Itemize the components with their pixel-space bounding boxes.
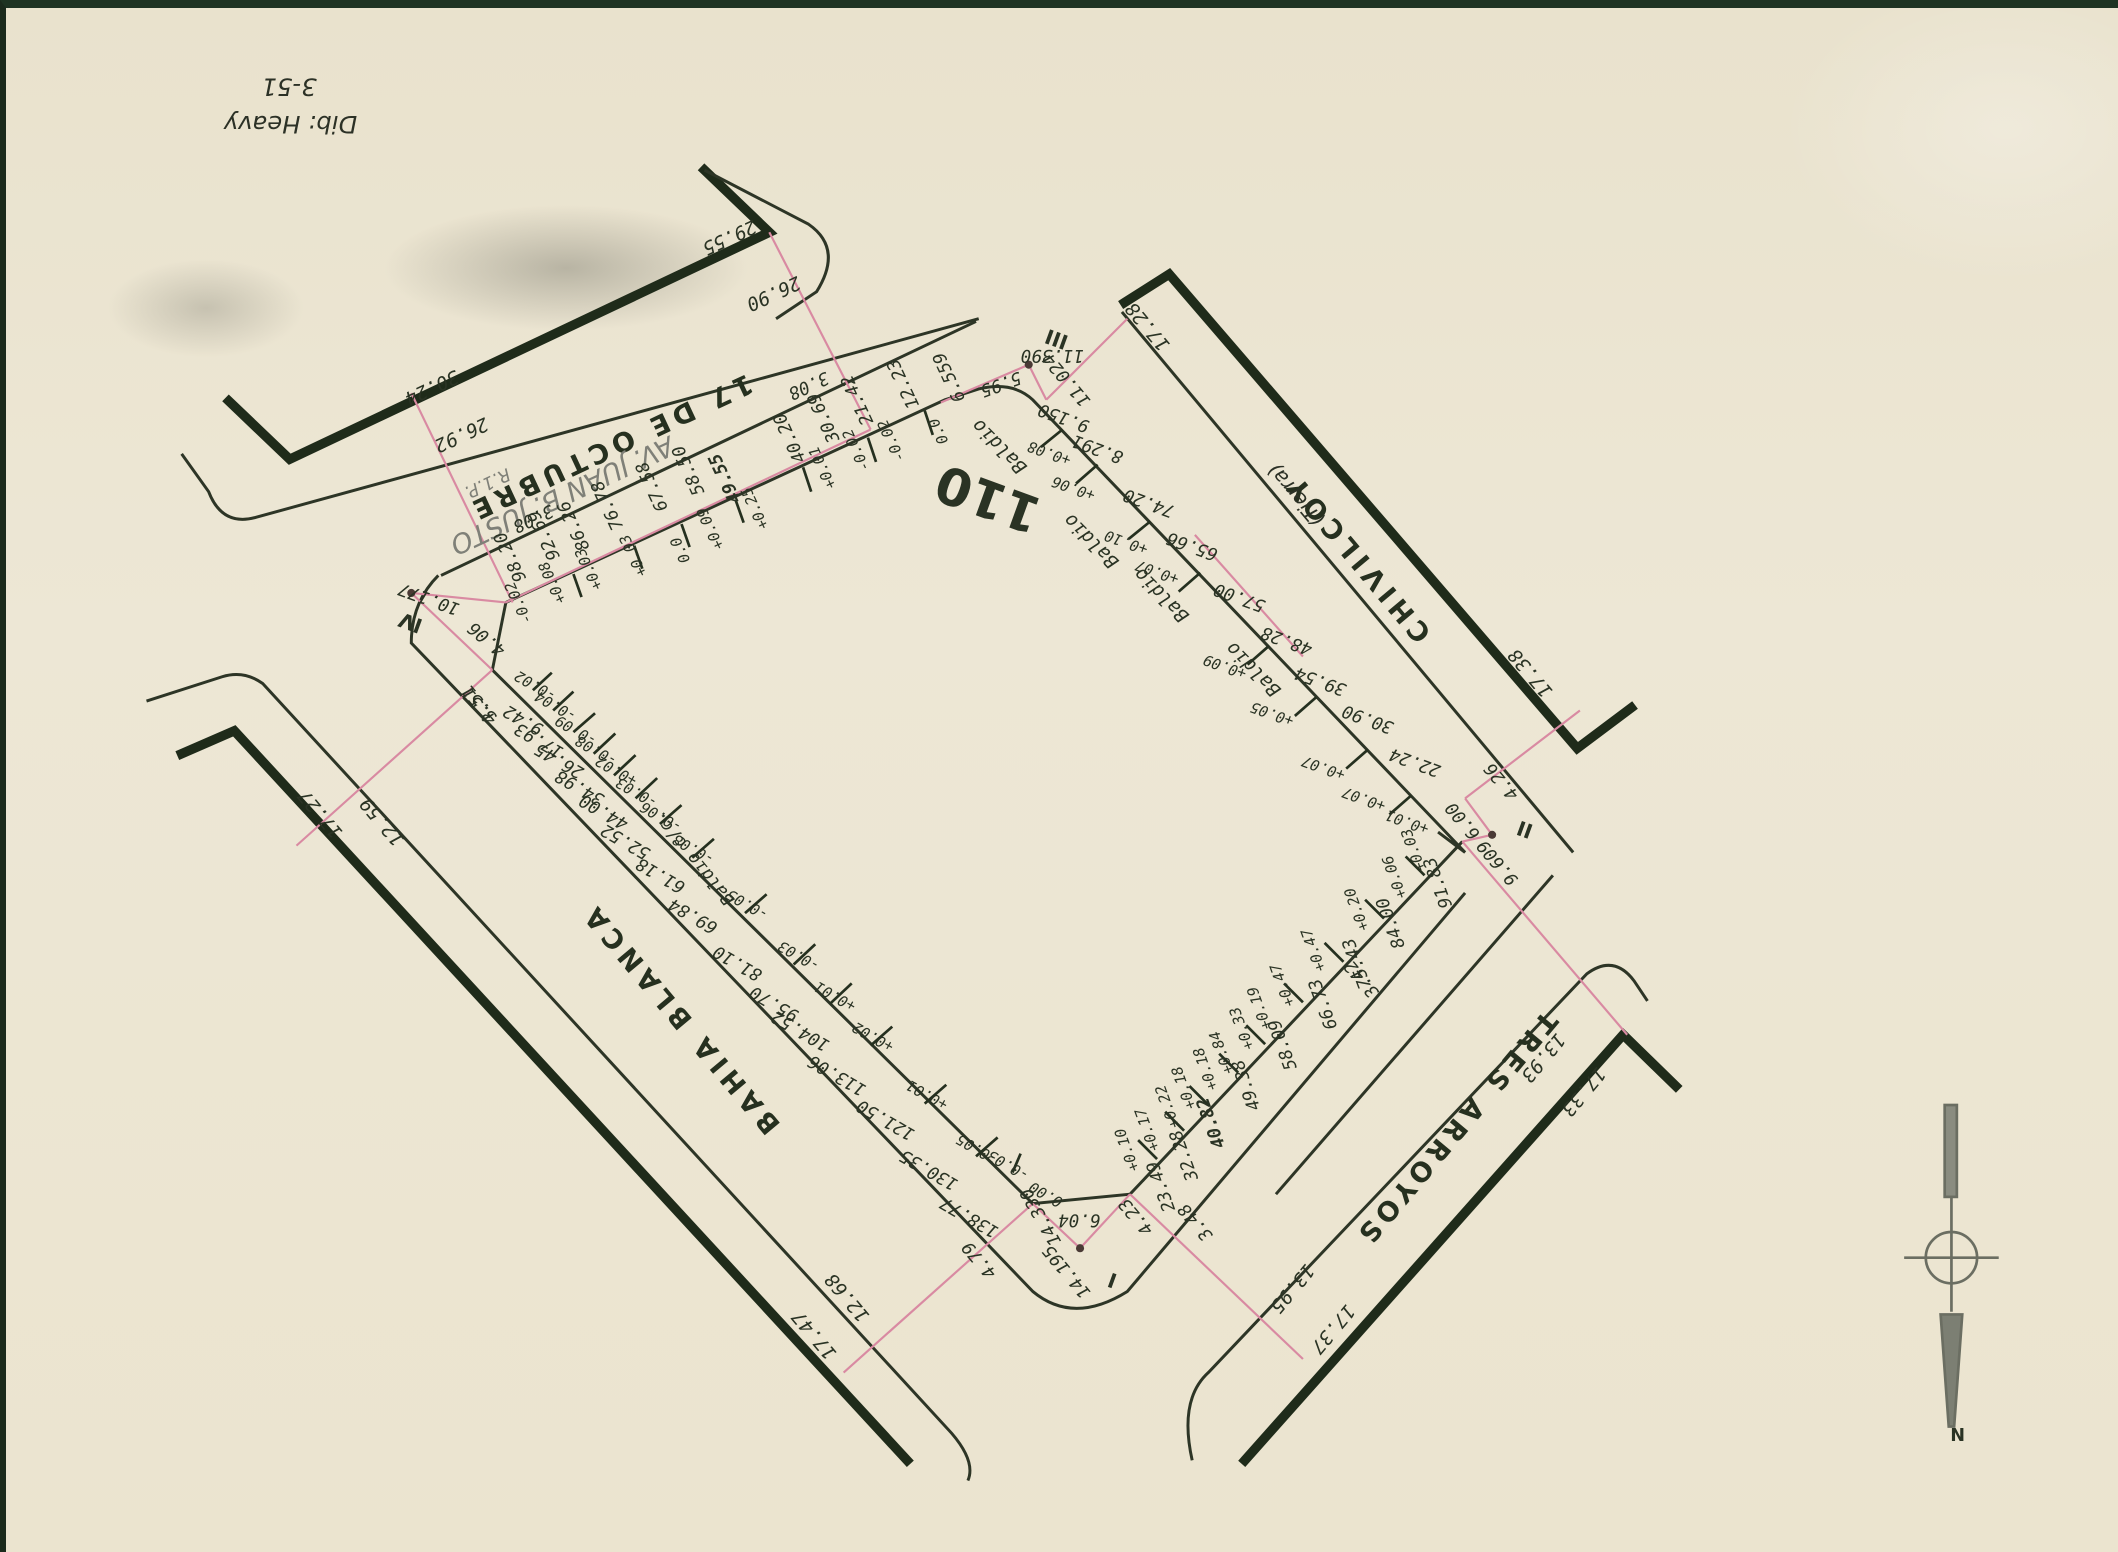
svg-text:113.06: 113.06: [805, 1050, 870, 1099]
width-north-inner-left: 26.92: [431, 413, 492, 457]
width-north-inner-right: 26.90: [743, 271, 804, 315]
width-north-outer-left: 30.24: [401, 365, 463, 409]
north-arrow: N: [1904, 1105, 1999, 1443]
svg-text:30.69: 30.69: [804, 389, 845, 446]
svg-text:81.10: 81.10: [710, 941, 766, 985]
svg-text:76.78: 76.78: [588, 477, 628, 533]
svg-text:+0.02: +0.02: [849, 1018, 897, 1056]
svg-text:+0.05: +0.05: [1248, 698, 1296, 730]
svg-text:0.0: 0.0: [924, 415, 952, 447]
curb-north-east: [1125, 274, 1632, 748]
date: 3-51: [262, 72, 317, 101]
svg-text:69.84: 69.84: [665, 893, 721, 937]
street-west-name: BAHIA BLANCA: [576, 897, 787, 1140]
svg-text:-0.02: -0.02: [838, 426, 873, 474]
svg-text:32.28: 32.28: [1166, 1127, 1203, 1184]
svg-text:+0.07: +0.07: [1340, 783, 1388, 815]
corner-i-label: I: [1105, 1268, 1120, 1293]
survey-map: Dib: Heavy 3-51 17 DE OCTUBRE AV. JUAN B…: [6, 8, 2118, 1552]
svg-text:74.20: 74.20: [1121, 484, 1177, 521]
svg-text:-0.03: -0.03: [775, 937, 823, 975]
svg-text:-0.02: -0.02: [874, 417, 909, 465]
corner-i-b: 6.04: [1058, 1209, 1100, 1229]
svg-text:21.42: 21.42: [838, 372, 878, 428]
svg-text:+0.20: +0.20: [1340, 885, 1372, 933]
svg-text:+0.06: +0.06: [1049, 472, 1097, 504]
east-side-deviations: +0.08 +0.06 +0.10 +0.07 +0.09 +0.05 +0.0…: [1025, 437, 1431, 838]
curb-south-east: [1245, 1035, 1676, 1461]
width-west-outer: 17.27: [293, 785, 347, 843]
svg-text:12.23: 12.23: [884, 355, 924, 411]
svg-text:8.291: 8.291: [1069, 430, 1125, 467]
corner-iv-label: IV: [395, 607, 425, 638]
svg-text:+0.09: +0.09: [693, 504, 728, 552]
svg-text:40.20: 40.20: [770, 410, 810, 466]
corner-ii-label: II: [1514, 816, 1536, 844]
svg-text:6.559: 6.559: [929, 349, 969, 405]
svg-text:4.79: 4.79: [958, 1237, 1000, 1282]
svg-text:+0.25: +0.25: [737, 484, 772, 532]
width-south-outer: 17.33: [1557, 1063, 1610, 1121]
east-side-notes: Baldio Baldio Baldio Baldio: [967, 414, 1285, 701]
svg-text:65.66: 65.66: [1164, 527, 1220, 564]
svg-text:130.35: 130.35: [897, 1145, 962, 1194]
svg-text:48.28: 48.28: [1259, 622, 1315, 659]
svg-text:61.18: 61.18: [633, 853, 689, 897]
svg-text:+0.07: +0.07: [1299, 752, 1347, 784]
west-side-note: Baldio c/c.: [649, 807, 739, 909]
svg-text:39.54: 39.54: [1292, 662, 1349, 699]
svg-text:67.58: 67.58: [632, 458, 672, 514]
block-number: 110: [928, 452, 1049, 545]
survey-sheet: Dib: Heavy 3-51 17 DE OCTUBRE AV. JUAN B…: [0, 0, 2118, 1552]
width-south-outer-left: 17.37: [1306, 1300, 1360, 1358]
svg-text:+0.47: +0.47: [1266, 961, 1298, 1009]
svg-text:3.48: 3.48: [1175, 1199, 1218, 1245]
curb-west: [182, 731, 907, 1461]
svg-text:+0.47: +0.47: [1297, 926, 1329, 974]
svg-text:23.49: 23.49: [1143, 1158, 1180, 1214]
svg-text:+0.08: +0.08: [535, 558, 570, 606]
svg-text:+0.01: +0.01: [903, 1076, 951, 1114]
north-arrow-label: N: [1950, 1423, 1965, 1443]
width-east-outer-top: 17.28: [1121, 298, 1174, 356]
svg-text:138.77: 138.77: [937, 1192, 1002, 1241]
svg-text:+0.06: +0.06: [1378, 853, 1410, 901]
street-south-name: TRES ARROYOS: [1348, 1005, 1563, 1252]
width-south-inner-left: 13.95: [1265, 1260, 1318, 1318]
signature: Dib: Heavy: [223, 110, 357, 139]
svg-text:+0.17: +0.17: [1131, 1106, 1163, 1154]
svg-text:22.24: 22.24: [1387, 743, 1443, 780]
width-west-inner: 12.59: [355, 793, 408, 851]
svg-text:0.0: 0.0: [666, 534, 694, 566]
corner-iii-a: 5.95: [977, 367, 1024, 400]
